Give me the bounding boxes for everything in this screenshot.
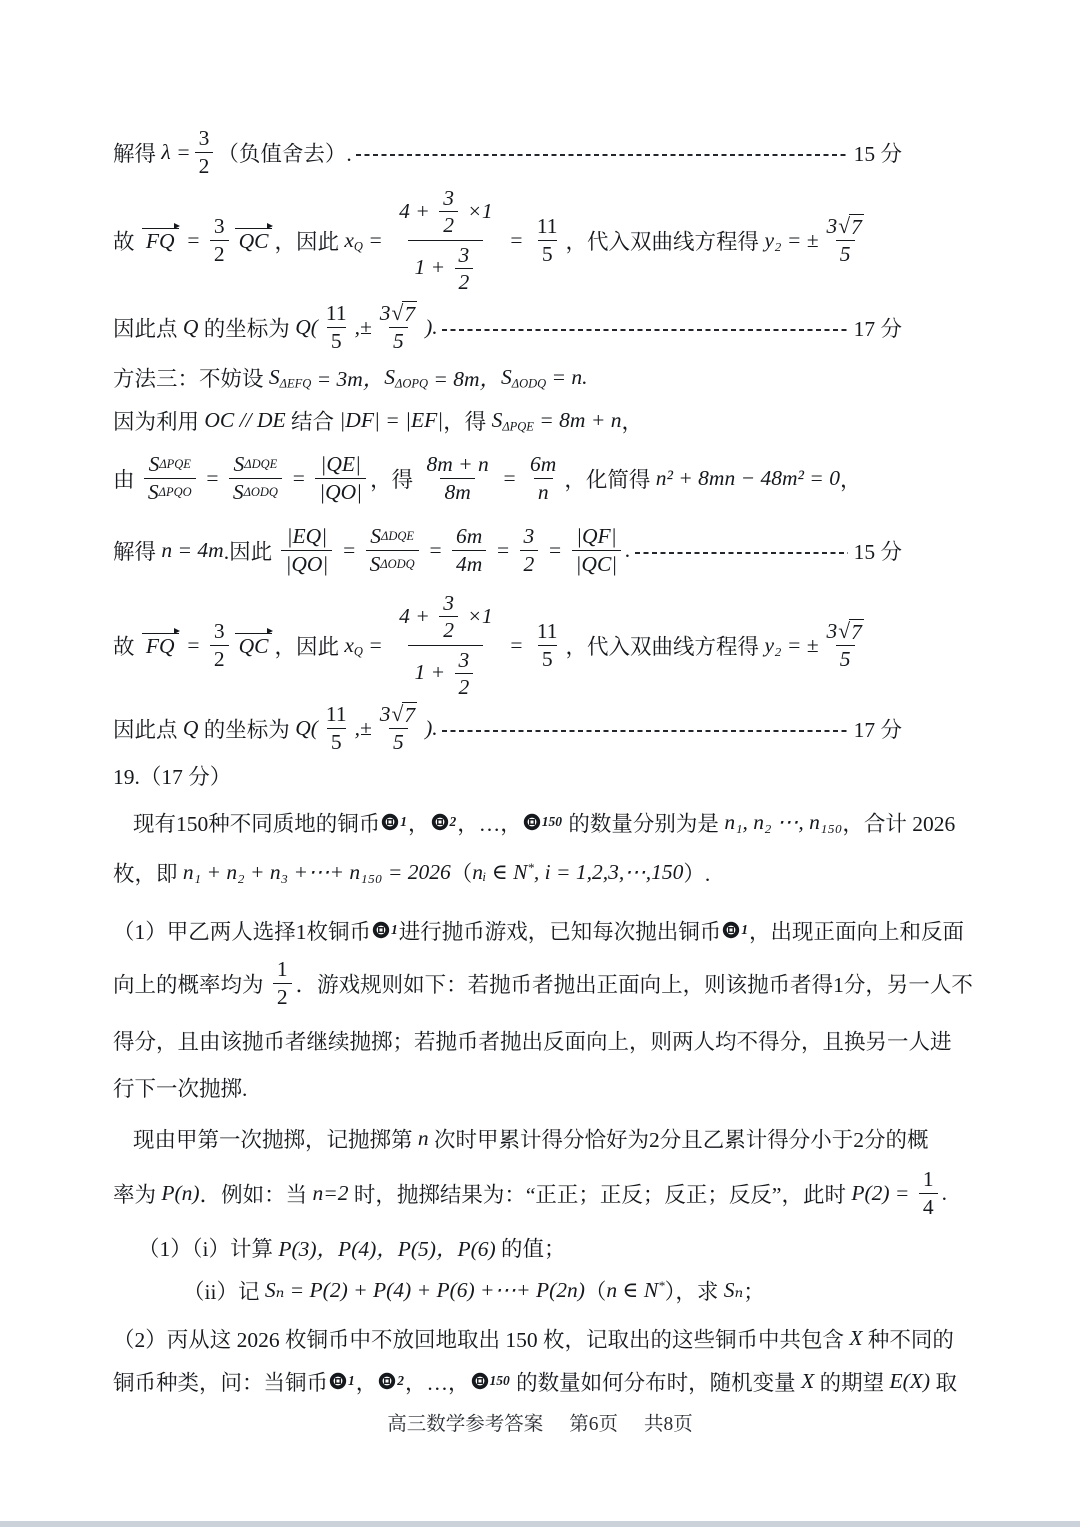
period: . <box>625 538 630 563</box>
math-Pn: P(n) <box>161 1181 199 1206</box>
fraction: 115 <box>322 702 351 753</box>
vector-FQ: FQ <box>142 228 179 253</box>
line-method3-setup: 方法三：不妨设 SΔEFQ = 3m， SΔOPQ = 8m， SΔODQ = … <box>113 355 968 399</box>
math-index: , i = 1,2,3,⋯,150 <box>534 860 683 885</box>
equals: = <box>490 538 515 563</box>
math-S-ODQ: SΔODQ <box>501 365 546 390</box>
score-label: 17 分 <box>854 312 902 343</box>
answer-sheet-page: 解得 λ = 32 （负值舍去）. 15 分 故 FQ = 32 QC ，因此 … <box>0 0 1080 1527</box>
text: 因此点 <box>113 713 183 744</box>
math-X: X <box>801 1369 814 1394</box>
text: 故 <box>113 630 140 661</box>
fraction-QE-QO: |QE||QO| <box>315 452 366 503</box>
text: 时，抛掷结果为：“正正；正反；反正；反反”，此时 <box>349 1178 852 1209</box>
text: ）. <box>683 857 710 888</box>
dotted-leader <box>356 154 848 156</box>
separator: ，…， <box>405 1366 470 1397</box>
math-xq: xQ <box>344 633 363 658</box>
text: 向上的概率均为 <box>113 968 269 999</box>
equals: = <box>286 466 311 491</box>
text: 因为利用 <box>113 405 204 436</box>
text: （ii）记 <box>183 1275 265 1306</box>
coin-icon: 1 <box>329 1372 355 1390</box>
math: = 8m + n <box>534 408 622 433</box>
text: （1）（i）计算 <box>138 1232 278 1263</box>
math-EX: E(X) <box>889 1369 930 1394</box>
vector-QC: QC <box>235 633 273 658</box>
fraction-S-ratio: SΔDQE SΔODQ <box>366 524 419 575</box>
text: 现有150种不同质地的铜币 <box>133 807 380 838</box>
text: 种不同的 <box>863 1323 954 1354</box>
math: n = 4m <box>161 538 223 563</box>
text: ），求 <box>665 1275 724 1306</box>
vector-FQ: FQ <box>142 633 179 658</box>
text: 率为 <box>113 1178 161 1209</box>
math-S-EFQ: SΔEFQ <box>269 365 311 390</box>
scan-edge <box>0 1521 1080 1527</box>
line-sum-equation: 枚，即 n₁ + n₂ + n₃ +⋯+ n₁₅₀ = 2026 （ nᵢ ∈ … <box>113 846 968 898</box>
text: 的坐标为 <box>198 312 295 343</box>
fraction: 8m + n8m <box>422 452 492 503</box>
equals: = <box>423 538 448 563</box>
equals: = <box>181 633 206 658</box>
question-19-header: 19.（17 分） <box>113 754 968 796</box>
fraction-QF-QC: |QF||QC| <box>572 524 622 575</box>
equals: = <box>363 633 388 658</box>
fraction: 115 <box>533 214 562 265</box>
score-label: 15 分 <box>854 137 902 168</box>
text: 枚，即 <box>113 857 183 888</box>
math-Sn-sum: Sₙ = P(2) + P(4) + P(6) +⋯+ P(2n) <box>265 1278 585 1303</box>
math-Q: Q <box>183 716 199 741</box>
text: .因此 <box>224 535 278 566</box>
coin-icon: 1 <box>372 921 398 939</box>
text: ， <box>621 405 643 436</box>
text: 的期望 <box>814 1366 889 1397</box>
math-Q: Q <box>183 315 199 340</box>
equals: = <box>504 633 529 658</box>
plus-minus: ,± <box>355 315 372 340</box>
math: = 8m， <box>428 362 501 393</box>
math-y2: y₂ = ± <box>764 228 818 253</box>
line-part1-ii: （ii）记 Sₙ = P(2) + P(4) + P(6) +⋯+ P(2n) … <box>113 1266 968 1314</box>
radical-fraction: 3√7 5 <box>376 702 421 754</box>
math-S-OPQ: SΔOPQ <box>384 365 428 390</box>
text: ，因此 <box>274 225 344 256</box>
score-label: 15 分 <box>854 535 902 566</box>
coin-icon: 2 <box>378 1372 404 1390</box>
footer-page-number: 第6页 <box>569 1408 618 1436</box>
fraction: 6mn <box>526 452 560 503</box>
vector-QC: QC <box>235 228 273 253</box>
text: ，代入双曲线方程得 <box>566 225 765 256</box>
text: 由 <box>113 463 140 494</box>
fraction: 14 <box>919 1167 938 1218</box>
text: ．例如：当 <box>200 1178 313 1209</box>
text: 的值； <box>496 1232 566 1263</box>
coin-icon: 1 <box>722 921 748 939</box>
text: （1）甲乙两人选择1枚铜币 <box>113 915 371 946</box>
fraction-EQ-QO: |EQ||QO| <box>281 524 332 575</box>
text: ，得 <box>443 405 491 436</box>
fraction: 32 <box>210 214 229 265</box>
text: 进行抛币游戏，已知每次抛出铜币 <box>399 915 722 946</box>
math: = n. <box>546 365 587 390</box>
fraction: 115 <box>533 619 562 670</box>
text: 因此点 <box>113 312 183 343</box>
text: ，合计 2026 <box>842 807 955 838</box>
text: （负值舍去）. <box>217 137 351 168</box>
math-abs: |DF| = |EF| <box>339 408 443 433</box>
separator: ， <box>356 1366 378 1397</box>
fraction: 32 <box>210 619 229 670</box>
text: 得分，且由该抛币者继续抛掷；若抛币者抛出反面向上，则两人均不得分，且换另一人进 <box>113 1025 952 1056</box>
equals: = <box>363 228 388 253</box>
text: ， <box>840 463 862 494</box>
math-xq: xQ <box>344 228 363 253</box>
coin-icon: 150 <box>471 1372 510 1390</box>
text: 的坐标为 <box>198 713 295 744</box>
text: 现由甲第一次抛掷，记抛掷第 <box>133 1123 418 1154</box>
text: 铜币种类，问：当铜币 <box>113 1366 328 1397</box>
equals: = <box>200 466 225 491</box>
separator: ，…， <box>457 807 522 838</box>
math-Sn: Sₙ <box>724 1278 743 1303</box>
fraction: 12 <box>273 957 292 1008</box>
math-close: ). <box>425 315 438 340</box>
text: . <box>942 1181 947 1206</box>
math-n-in-N: nᵢ ∈ N* <box>472 860 534 885</box>
radical-fraction: 3√7 5 <box>823 619 868 671</box>
text: ，代入双曲线方程得 <box>566 630 765 661</box>
separator: ， <box>408 807 430 838</box>
fraction: 32 <box>520 524 539 575</box>
math-sum: n₁ + n₂ + n₃ +⋯+ n₁₅₀ = 2026 <box>183 860 451 885</box>
question-number: 19.（17 分） <box>113 760 231 791</box>
big-fraction: 4 + 32 ×1 1 + 32 <box>393 186 498 293</box>
line-coins-intro: 现有150种不同质地的铜币 1 ， 2 ，…， 150 的数量分别为是 n₁, … <box>113 798 968 846</box>
text: 次时甲累计得分恰好为2分且乙累计得分小于2分的概 <box>429 1123 929 1154</box>
fraction: 6m4m <box>452 524 486 575</box>
text: 取 <box>930 1366 957 1397</box>
line-rules-continued: 得分，且由该抛币者继续抛掷；若抛币者抛出反面向上，则两人均不得分，且换另一人进 <box>113 1016 968 1064</box>
fraction: 115 <box>322 301 351 352</box>
dotted-leader <box>442 329 848 331</box>
math-n: n <box>418 1126 429 1151</box>
math-y2: y₂ = ± <box>764 633 818 658</box>
fraction-S-ratio: SΔDQE SΔODQ <box>229 452 282 503</box>
line-pn-example: 率为 P(n) ．例如：当 n=2 时，抛掷结果为：“正正；正反；反正；反反”，… <box>113 1159 968 1227</box>
text: 方法三：不妨设 <box>113 362 269 393</box>
radical-fraction: 3√7 5 <box>376 301 421 353</box>
text: ，化简得 <box>564 463 655 494</box>
line-part2-continued: 铜币种类，问：当铜币 1 ， 2 ，…， 150 的数量如何分布时，随机变量 X… <box>113 1358 968 1404</box>
math-lambda: λ = <box>161 140 190 165</box>
text: ，因此 <box>274 630 344 661</box>
equals: = <box>336 538 361 563</box>
math-n-sequence: n₁, n₂ ⋯, n₁₅₀ <box>724 810 842 835</box>
coin-icon: 2 <box>431 813 457 831</box>
text: ，出现正面向上和反面 <box>749 915 964 946</box>
math-n2: n=2 <box>312 1181 348 1206</box>
math-quadratic: n² + 8mn − 48m² = 0 <box>656 466 840 491</box>
coin-icon: 1 <box>381 813 407 831</box>
text: （ <box>585 1275 607 1306</box>
math-S-PQE: SΔPQE <box>492 408 534 433</box>
line-part1-i: （1）（i）计算 P(3)，P(4)，P(5)，P(6) 的值； <box>113 1225 968 1269</box>
text: 结合 <box>286 405 340 436</box>
radical-fraction: 3√7 5 <box>823 214 868 266</box>
math-n-in-N: n ∈ N* <box>606 1278 664 1303</box>
math-parallel: OC // DE <box>204 408 285 433</box>
equals: = <box>181 228 206 253</box>
page-footer: 高三数学参考答案 第6页 共8页 <box>0 1408 1080 1436</box>
math-close: ). <box>425 716 438 741</box>
text: 行下一次抛掷. <box>113 1072 247 1103</box>
math-open: Q( <box>295 315 318 340</box>
text: ，得 <box>370 463 418 494</box>
line-rules-end: 行下一次抛掷. <box>113 1065 968 1109</box>
footer-title: 高三数学参考答案 <box>387 1408 543 1436</box>
line-part2: （2）丙从这 2026 枚铜币中不放回地取出 150 枚，记取出的这些铜币中共包… <box>113 1316 968 1360</box>
text: ； <box>743 1275 765 1306</box>
math-open: Q( <box>295 716 318 741</box>
text: 故 <box>113 225 140 256</box>
line-define-pn: 现由甲第一次抛掷，记抛掷第 n 次时甲累计得分恰好为2分且乙累计得分小于2分的概 <box>113 1114 968 1162</box>
dotted-leader <box>442 730 848 732</box>
math-X: X <box>849 1326 862 1351</box>
equals: = <box>542 538 567 563</box>
math-P2: P(2) = <box>851 1181 914 1206</box>
plus-minus: ,± <box>355 716 372 741</box>
text: 的数量分别为是 <box>563 807 724 838</box>
text: 的数量如何分布时，随机变量 <box>511 1366 801 1397</box>
equals: = <box>497 466 522 491</box>
text: ．游戏规则如下：若抛币者抛出正面向上，则该抛币者得1分，另一人不 <box>296 968 973 999</box>
text: 解得 <box>113 535 161 566</box>
equals: = <box>504 228 529 253</box>
math-P-values: P(3)，P(4)，P(5)，P(6) <box>278 1232 495 1263</box>
footer-total-pages: 共8页 <box>644 1408 693 1436</box>
dotted-leader <box>635 552 848 554</box>
line-game-setup: （1）甲乙两人选择1枚铜币 1 进行抛币游戏，已知每次抛出铜币 1 ，出现正面向… <box>113 906 968 954</box>
math: = 3m， <box>311 362 384 393</box>
text: （ <box>451 857 473 888</box>
coin-icon: 150 <box>523 813 562 831</box>
fraction-S-ratio: SΔPQE SΔPQO <box>144 452 196 503</box>
line-probability-half: 向上的概率均为 12 ．游戏规则如下：若抛币者抛出正面向上，则该抛币者得1分，另… <box>113 948 968 1018</box>
text: （2）丙从这 2026 枚铜币中不放回地取出 150 枚，记取出的这些铜币中共包… <box>113 1323 849 1354</box>
text: 解得 <box>113 137 161 168</box>
score-label: 17 分 <box>854 713 902 744</box>
